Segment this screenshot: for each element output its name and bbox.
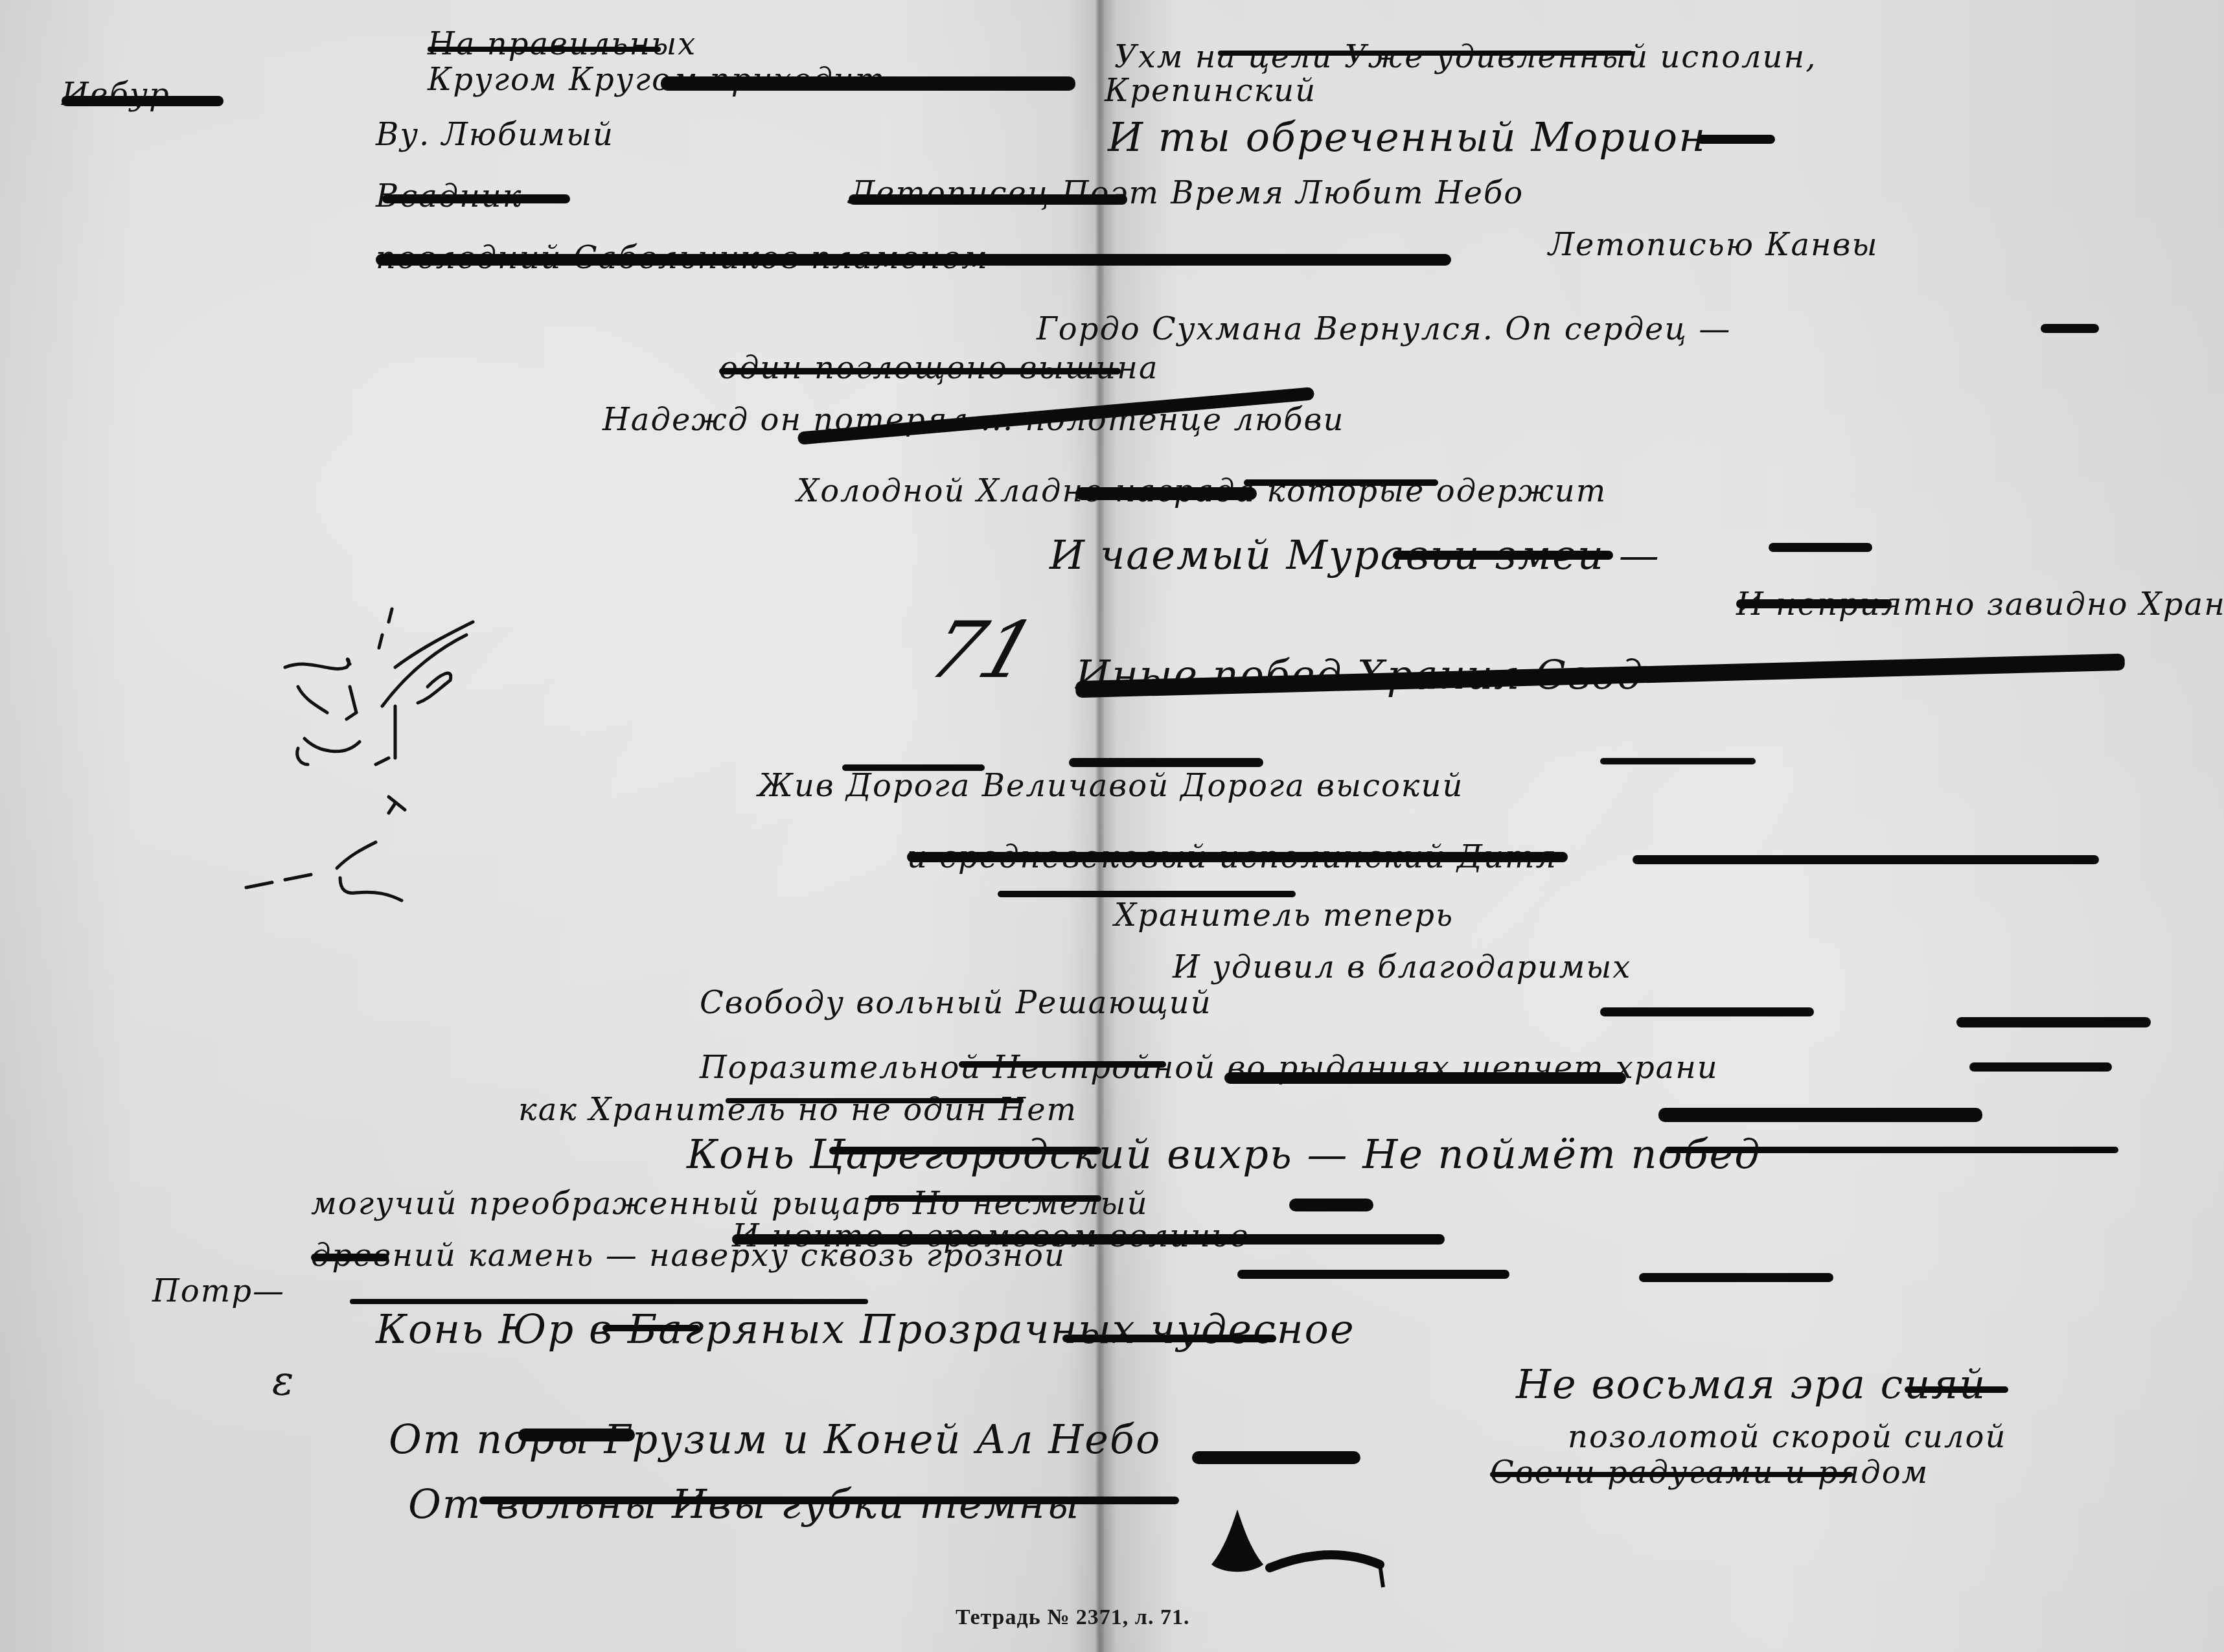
strike-through — [829, 1147, 1101, 1154]
strike-through — [1665, 1147, 2118, 1153]
bird-sketch-icon — [233, 570, 505, 933]
strike-through — [1969, 1062, 2112, 1072]
manuscript-line: Ву. Любимый — [376, 117, 614, 153]
strike-through — [998, 891, 1296, 897]
strike-through — [1069, 758, 1263, 767]
manuscript-line: Гордо Сухмана Вернулся. Оп сердец — — [1037, 311, 1731, 347]
strike-through — [1224, 1072, 1626, 1084]
strike-through — [1905, 1386, 2008, 1393]
manuscript-line: позолотой скорой силой — [1568, 1419, 2006, 1455]
manuscript-line: Не восьмая эра сияй — [1516, 1360, 1986, 1408]
margin-note: Ивбур — [62, 76, 170, 113]
strike-through — [1490, 1472, 1853, 1477]
strike-through — [907, 852, 1568, 862]
strike-through — [518, 1428, 635, 1441]
strike-through — [350, 1299, 868, 1304]
manuscript-line: От поры Грузим и Коней Ал Небо — [389, 1416, 1161, 1463]
strike-through — [428, 47, 661, 52]
manuscript-line: Хранитель теперь — [1114, 897, 1454, 934]
strike-through — [1697, 135, 1775, 144]
strike-through — [602, 1325, 700, 1331]
strike-through — [1600, 1007, 1814, 1016]
manuscript-spread: Ивбур Потр— ε На правильных Кругом Круго… — [0, 0, 2224, 1652]
manuscript-line: Летописью Канвы — [1548, 227, 1879, 263]
strike-through — [849, 194, 1127, 205]
archive-caption: Тетрадь № 2371, л. 71. — [956, 1605, 1189, 1630]
strike-through — [382, 194, 570, 203]
strike-through — [726, 1098, 1024, 1103]
strike-through — [479, 1497, 1179, 1504]
strike-through — [1244, 479, 1438, 486]
manuscript-line: И удивил в благодаримых — [1173, 949, 1631, 985]
strike-through — [311, 1254, 389, 1261]
strike-through — [1769, 543, 1872, 552]
strike-through — [62, 96, 224, 106]
strike-through — [2041, 324, 2099, 333]
folio-number: 71 — [918, 606, 1046, 696]
strike-through — [842, 764, 985, 771]
manuscript-line: как Хранитель но не один Нет — [518, 1092, 1077, 1128]
strike-through — [1218, 51, 1633, 56]
strike-through — [1192, 1451, 1360, 1464]
manuscript-line: Свободу вольный Решающий — [700, 985, 1212, 1021]
strike-through — [959, 1061, 1166, 1068]
manuscript-line: Летописец Поэт Время Любит Небо — [849, 175, 1524, 211]
margin-note: Потр— — [152, 1273, 285, 1309]
strike-through — [1289, 1199, 1373, 1211]
strike-through — [1633, 855, 2099, 864]
page-gutter — [1095, 0, 1104, 1652]
margin-note: ε — [272, 1357, 295, 1405]
strike-through — [1956, 1017, 2151, 1027]
strike-through — [1075, 487, 1257, 500]
strike-through — [1062, 1335, 1276, 1342]
manuscript-line: Крепинский — [1105, 73, 1316, 109]
manuscript-line: И ты обреченный Морион — [1108, 113, 1706, 161]
manuscript-line: древний камень — наверху сквозь грозной — [311, 1237, 1066, 1274]
manuscript-line: могучий преображенный рыцарь Но несмелый — [311, 1186, 1149, 1222]
strike-through — [719, 368, 1121, 374]
strike-through — [1600, 758, 1756, 764]
manuscript-line: Жив Дорога Величавой Дорога высокий — [758, 768, 1463, 804]
strike-through — [376, 254, 1451, 266]
manuscript-line: Конь Юр в Багряных Прозрачных чудесное — [376, 1305, 1355, 1353]
strike-through — [868, 1195, 1101, 1202]
strike-through — [661, 76, 1075, 91]
strike-through — [1736, 599, 1892, 608]
strike-through — [1237, 1270, 1509, 1279]
manuscript-line: Ухм на цели Уже удивленный исполин, — [1114, 39, 1817, 75]
strike-through — [1393, 551, 1613, 560]
strike-through — [1639, 1273, 1833, 1282]
strike-through — [1658, 1108, 1982, 1122]
manuscript-line: На правильных — [428, 26, 696, 62]
ink-blot-icon — [1186, 1503, 1432, 1594]
